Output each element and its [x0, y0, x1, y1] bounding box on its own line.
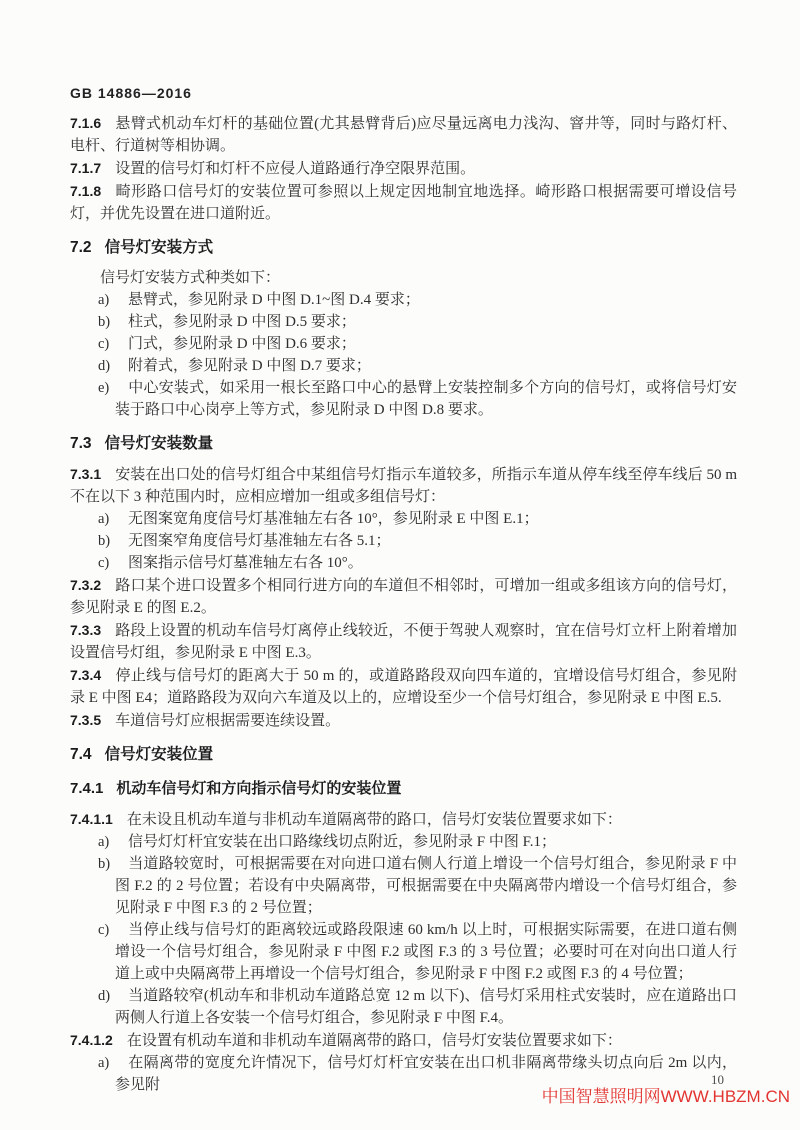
item-label: b): [98, 530, 128, 552]
clause-text: 停止线与信号灯的距离大于 50 m 的，或道路路段双向四车道的，宜增设信号灯组合…: [70, 668, 737, 706]
clause-number: 7.3.2: [70, 577, 101, 593]
item-label: a): [98, 831, 128, 853]
clause-text: 附着式，参见附录 D 中图 D.7 要求；: [128, 358, 371, 374]
clause-paragraph: 7.4.1.1在未设且机动车道与非机动车道隔离带的路口，信号灯安装位置要求如下：: [70, 808, 737, 831]
clause-text: 当道路较宽时，可根据需要在对向进口道右侧人行道上增设一个信号灯组合，参见附录 F…: [115, 856, 737, 916]
list-item: a)悬臂式，参见附录 D 中图 D.1~图 D.4 要求；: [115, 289, 737, 311]
list-item: c)图案指示信号灯墓准轴左右各 10°。: [115, 552, 737, 574]
clause-number: 7.3.5: [70, 712, 101, 728]
clause-text: 信号灯安装方式: [105, 239, 214, 256]
clause-text: 无图案宽角度信号灯基准轴左右各 10°，参见附录 E 中图 E.1；: [128, 511, 539, 527]
clause-number: 7.2: [70, 239, 92, 256]
document-body: 7.1.6悬臂式机动车灯杆的基础位置(尤其悬臂背后)应尽量远离电力浅沟、窨井等，…: [70, 112, 737, 1096]
item-label: d): [98, 355, 128, 377]
clause-text: 当道路较窄(机动车和非机动车道路总宽 12 m 以下)、信号灯采用柱式安装时，应…: [115, 988, 737, 1026]
item-label: a): [98, 1052, 128, 1074]
item-label: a): [98, 508, 128, 530]
list-item: b)当道路较宽时，可根据需要在对向进口道右侧人行道上增设一个信号灯组合，参见附录…: [115, 853, 737, 919]
clause-text: 柱式，参见附录 D 中图 D.5 要求；: [128, 314, 356, 330]
clause-text: 门式，参见附录 D 中图 D.6 要求；: [128, 336, 356, 352]
item-label: a): [98, 289, 128, 311]
item-label: c): [98, 552, 128, 574]
clause-text: 车道信号灯应根据需要连续设置。: [115, 713, 340, 729]
item-label: c): [98, 919, 128, 941]
clause-paragraph: 7.1.7设置的信号灯和灯杆不应侵人道路通行净空限界范围。: [70, 157, 737, 180]
list-item: e)中心安装式，如采用一根长至路口中心的悬臂上安装控制多个方向的信号灯，或将信号…: [115, 377, 737, 421]
clause-text: 在设置有机动车道和非机动车道隔离带的路口，信号灯安装位置要求如下：: [127, 1033, 622, 1049]
clause-number: 7.3: [70, 435, 92, 452]
clause-text: 中心安装式，如采用一根长至路口中心的悬臂上安装控制多个方向的信号灯，或将信号灯安…: [115, 380, 737, 418]
standard-number: GB 14886—2016: [70, 84, 737, 102]
clause-text: 悬臂式机动车灯杆的基础位置(尤其悬臂背后)应尽量远离电力浅沟、窨井等，同时与路灯…: [70, 116, 737, 154]
item-label: e): [98, 377, 128, 399]
clause-text: 路口某个进口设置多个相同行进方向的车道但不相邻时，可增加一组或多组该方向的信号灯…: [70, 578, 737, 616]
list-item: c)门式，参见附录 D 中图 D.6 要求；: [115, 333, 737, 355]
clause-text: 图案指示信号灯墓准轴左右各 10°。: [128, 555, 363, 571]
clause-paragraph: 7.1.6悬臂式机动车灯杆的基础位置(尤其悬臂背后)应尽量远离电力浅沟、窨井等，…: [70, 112, 737, 157]
clause-paragraph: 7.4.1.2在设置有机动车道和非机动车道隔离带的路口，信号灯安装位置要求如下：: [70, 1029, 737, 1052]
clause-paragraph: 7.3.3路段上设置的机动车信号灯离停止线较近，不便于驾驶人观察时，宜在信号灯立…: [70, 619, 737, 664]
clause-text: 悬臂式，参见附录 D 中图 D.1~图 D.4 要求；: [128, 292, 420, 308]
paragraph: 信号灯安装方式种类如下：: [70, 267, 737, 289]
clause-paragraph: 7.3.5车道信号灯应根据需要连续设置。: [70, 709, 737, 732]
clause-number: 7.1.7: [70, 160, 101, 176]
clause-number: 7.1.6: [70, 115, 101, 131]
clause-text: 信号灯安装方式种类如下：: [100, 270, 280, 286]
list-item: b)柱式，参见附录 D 中图 D.5 要求；: [115, 311, 737, 333]
clause-paragraph: 7.1.8畸形路口信号灯的安装位置可参照以上规定因地制宜地选择。崎形路口根据需要…: [70, 180, 737, 225]
item-label: c): [98, 333, 128, 355]
clause-text: 信号灯安装数量: [105, 435, 214, 452]
list-item: a)信号灯灯杆宜安装在出口路缘线切点附近，参见附录 F 中图 F.1；: [115, 831, 737, 853]
clause-text: 安装在出口处的信号灯组合中某组信号灯指示车道较多，所指示车道从停车线至停车线后 …: [70, 467, 737, 505]
list-item: d)当道路较窄(机动车和非机动车道路总宽 12 m 以下)、信号灯采用柱式安装时…: [115, 985, 737, 1029]
clause-number: 7.4.1: [70, 780, 103, 797]
clause-number: 7.4.1.2: [70, 1032, 113, 1048]
watermark: 中国智慧照明网WWW.HBZM.CN: [542, 1082, 790, 1107]
clause-text: 设置的信号灯和灯杆不应侵人道路通行净空限界范围。: [115, 161, 475, 177]
list-item: b)无图案窄角度信号灯基准轴左右各 5.1；: [115, 530, 737, 552]
clause-number: 7.4: [70, 746, 92, 763]
item-label: b): [98, 311, 128, 333]
section-heading: 7.2信号灯安装方式: [70, 237, 737, 259]
clause-text: 在未设且机动车道与非机动车道隔离带的路口，信号灯安装位置要求如下：: [127, 812, 622, 828]
clause-text: 畸形路口信号灯的安装位置可参照以上规定因地制宜地选择。崎形路口根据需要可增设信号…: [70, 184, 737, 222]
clause-text: 无图案窄角度信号灯基准轴左右各 5.1；: [128, 533, 391, 549]
clause-paragraph: 7.3.4停止线与信号灯的距离大于 50 m 的，或道路路段双向四车道的，宜增设…: [70, 664, 737, 709]
list-item: d)附着式，参见附录 D 中图 D.7 要求；: [115, 355, 737, 377]
clause-number: 7.3.1: [70, 466, 101, 482]
clause-number: 7.1.8: [70, 183, 101, 199]
subsection-heading: 7.4.1机动车信号灯和方向指示信号灯的安装位置: [70, 778, 737, 800]
item-label: d): [98, 985, 128, 1007]
page-number: 10: [711, 1072, 724, 1088]
clause-paragraph: 7.3.1安装在出口处的信号灯组合中某组信号灯指示车道较多，所指示车道从停车线至…: [70, 463, 737, 508]
clause-text: 信号灯灯杆宜安装在出口路缘线切点附近，参见附录 F 中图 F.1；: [128, 834, 556, 850]
clause-text: 当停止线与信号灯的距离较远或路段限速 60 km/h 以上时，可根据实际需要，在…: [115, 922, 737, 982]
clause-text: 机动车信号灯和方向指示信号灯的安装位置: [116, 780, 401, 797]
list-item: c)当停止线与信号灯的距离较远或路段限速 60 km/h 以上时，可根据实际需要…: [115, 919, 737, 985]
item-label: b): [98, 853, 128, 875]
clause-text: 路段上设置的机动车信号灯离停止线较近，不便于驾驶人观察时，宜在信号灯立杆上附着增…: [70, 623, 737, 661]
clause-number: 7.4.1.1: [70, 811, 113, 827]
clause-paragraph: 7.3.2路口某个进口设置多个相同行进方向的车道但不相邻时，可增加一组或多组该方…: [70, 574, 737, 619]
section-heading: 7.3信号灯安装数量: [70, 433, 737, 455]
section-heading: 7.4信号灯安装位置: [70, 744, 737, 766]
clause-number: 7.3.3: [70, 622, 101, 638]
clause-number: 7.3.4: [70, 667, 101, 683]
clause-text: 信号灯安装位置: [105, 746, 214, 763]
document-page: GB 14886—2016 7.1.6悬臂式机动车灯杆的基础位置(尤其悬臂背后)…: [0, 0, 800, 1130]
list-item: a)无图案宽角度信号灯基准轴左右各 10°，参见附录 E 中图 E.1；: [115, 508, 737, 530]
